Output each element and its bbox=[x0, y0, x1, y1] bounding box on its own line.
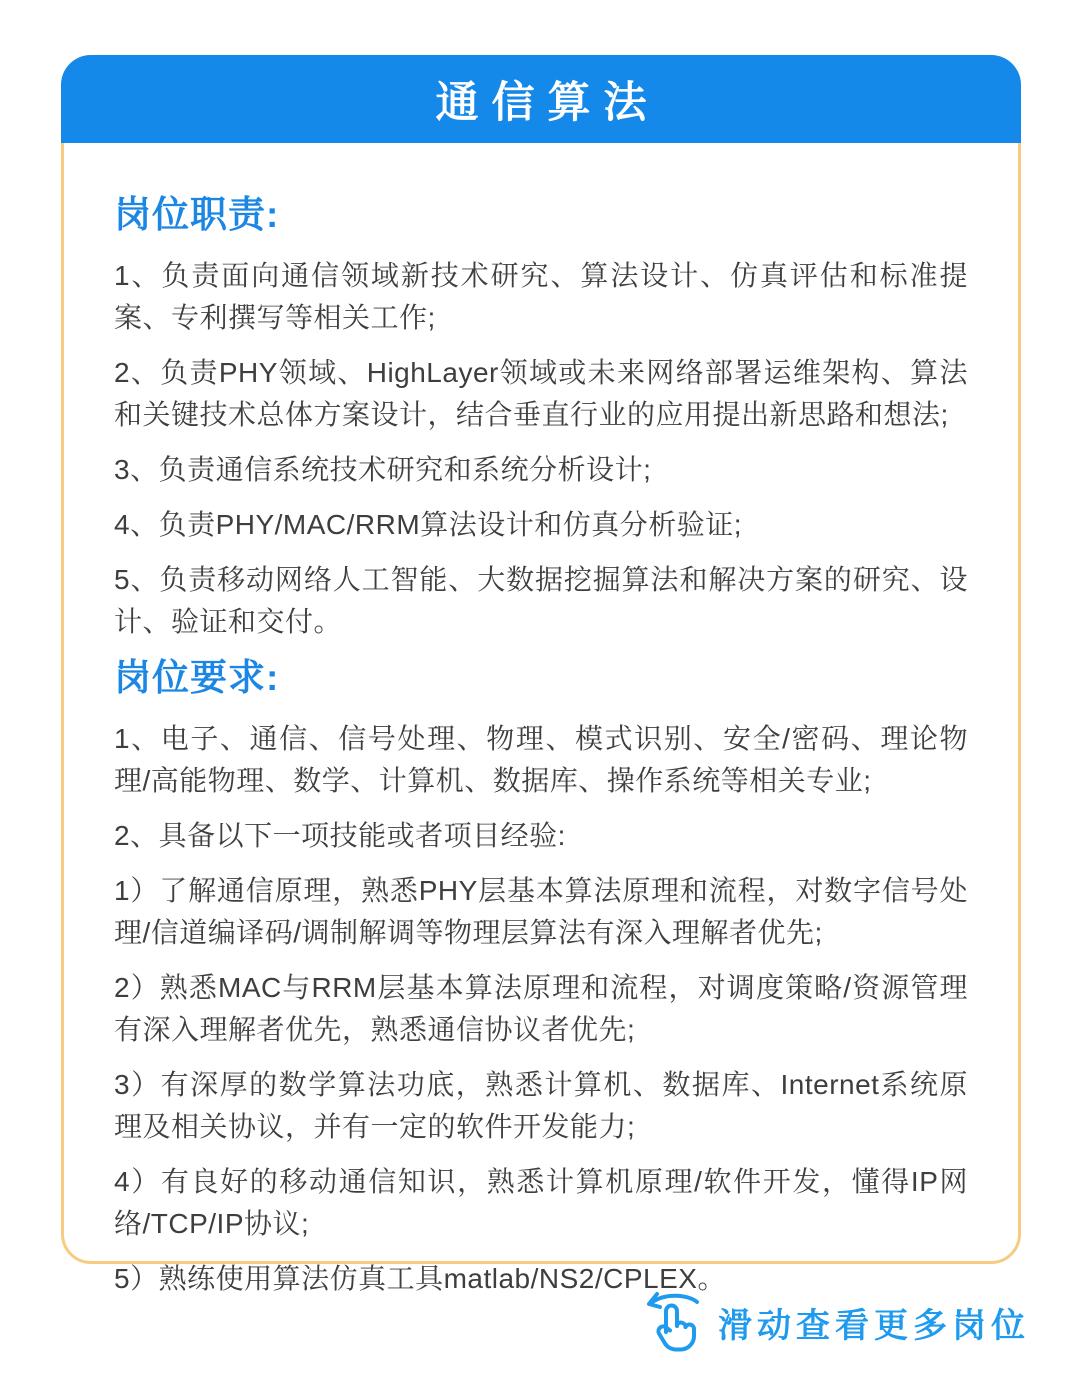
page: 通信算法 岗位职责: 1、负责面向通信领域新技术研究、算法设计、仿真评估和标准提… bbox=[0, 0, 1080, 1385]
responsibility-item: 4、负责PHY/MAC/RRM算法设计和仿真分析验证; bbox=[114, 504, 968, 546]
requirement-item: 3）有深厚的数学算法功底，熟悉计算机、数据库、Internet系统原理及相关协议… bbox=[114, 1064, 968, 1148]
swipe-hand-icon bbox=[642, 1288, 704, 1356]
requirement-item: 2）熟悉MAC与RRM层基本算法原理和流程，对调度策略/资源管理有深入理解者优先… bbox=[114, 967, 968, 1051]
responsibility-item: 5、负责移动网络人工智能、大数据挖掘算法和解决方案的研究、设计、验证和交付。 bbox=[114, 559, 968, 643]
swipe-hint-label: 滑动查看更多岗位 bbox=[718, 1298, 1030, 1347]
requirement-item: 1、电子、通信、信号处理、物理、模式识别、安全/密码、理论物理/高能物理、数学、… bbox=[114, 718, 968, 802]
responsibility-item: 3、负责通信系统技术研究和系统分析设计; bbox=[114, 449, 968, 491]
requirement-item: 4）有良好的移动通信知识，熟悉计算机原理/软件开发，懂得IP网络/TCP/IP协… bbox=[114, 1161, 968, 1245]
job-title-header: 通信算法 bbox=[61, 55, 1021, 143]
requirement-item: 2、具备以下一项技能或者项目经验: bbox=[114, 815, 968, 857]
job-title: 通信算法 bbox=[423, 69, 660, 130]
responsibility-item: 2、负责PHY领域、HighLayer领域或未来网络部署运维架构、算法和关键技术… bbox=[114, 352, 968, 436]
section-title-requirements: 岗位要求: bbox=[114, 656, 968, 700]
swipe-for-more-hint[interactable]: 滑动查看更多岗位 bbox=[642, 1288, 1030, 1356]
requirement-item: 1）了解通信原理，熟悉PHY层基本算法原理和流程，对数字信号处理/信道编译码/调… bbox=[114, 870, 968, 954]
section-title-responsibilities: 岗位职责: bbox=[114, 193, 968, 237]
job-card: 通信算法 岗位职责: 1、负责面向通信领域新技术研究、算法设计、仿真评估和标准提… bbox=[61, 55, 1021, 1264]
responsibility-item: 1、负责面向通信领域新技术研究、算法设计、仿真评估和标准提案、专利撰写等相关工作… bbox=[114, 255, 968, 339]
job-description-body: 岗位职责: 1、负责面向通信领域新技术研究、算法设计、仿真评估和标准提案、专利撰… bbox=[64, 143, 1018, 1300]
